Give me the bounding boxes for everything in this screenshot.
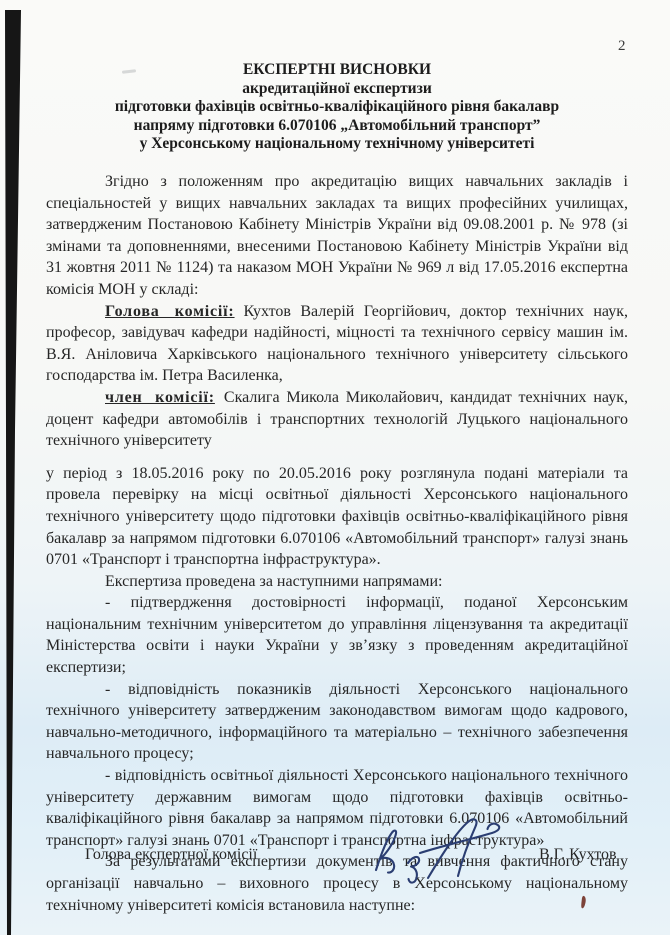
paragraph-intro: Згідно з положенням про акредитацію вищи… xyxy=(46,171,628,301)
page-number: 2 xyxy=(618,38,626,55)
paragraph-commission-head: Голова комісії:Кухтов Валерій Георгійови… xyxy=(46,301,628,387)
paragraph-item-3: - відповідність освітньої діяльності Хер… xyxy=(46,765,628,851)
signature-ink xyxy=(366,816,518,890)
paragraph-item-2: - відповідність показників діяльності Хе… xyxy=(46,679,628,765)
paragraph-period: у період з 18.05.2016 року по 20.05.2016… xyxy=(46,463,628,571)
title-line-5: у Херсонському національному технічному … xyxy=(46,135,628,154)
signature-role-label: Голова експертної комісії xyxy=(85,846,257,864)
signature-name: В.Г. Кухтов xyxy=(539,846,617,864)
title-line-1: ЕКСПЕРТНІ ВИСНОВКИ xyxy=(46,61,628,80)
paragraph-commission-member: член комісії:Скалига Микола Миколайович,… xyxy=(46,387,628,452)
commission-head-label: Голова комісії: xyxy=(105,303,235,320)
paragraph-directions: Експертиза проведена за наступними напря… xyxy=(46,571,628,593)
paragraph-item-1: - підтвердження достовірності інформації… xyxy=(46,592,628,678)
document-title: ЕКСПЕРТНІ ВИСНОВКИ акредитаційної експер… xyxy=(46,61,628,154)
title-line-3: підготовки фахівців освітньо-кваліфікаці… xyxy=(46,98,628,117)
ink-stain-mark xyxy=(579,895,588,910)
scan-binding-edge xyxy=(0,0,26,935)
document-body: Згідно з положенням про акредитацію вищи… xyxy=(46,171,628,916)
title-line-4: напряму підготовки 6.070106 „Автомобільн… xyxy=(46,117,628,136)
commission-member-label: член комісії: xyxy=(105,389,215,406)
title-line-2: акредитаційної експертизи xyxy=(46,80,628,99)
